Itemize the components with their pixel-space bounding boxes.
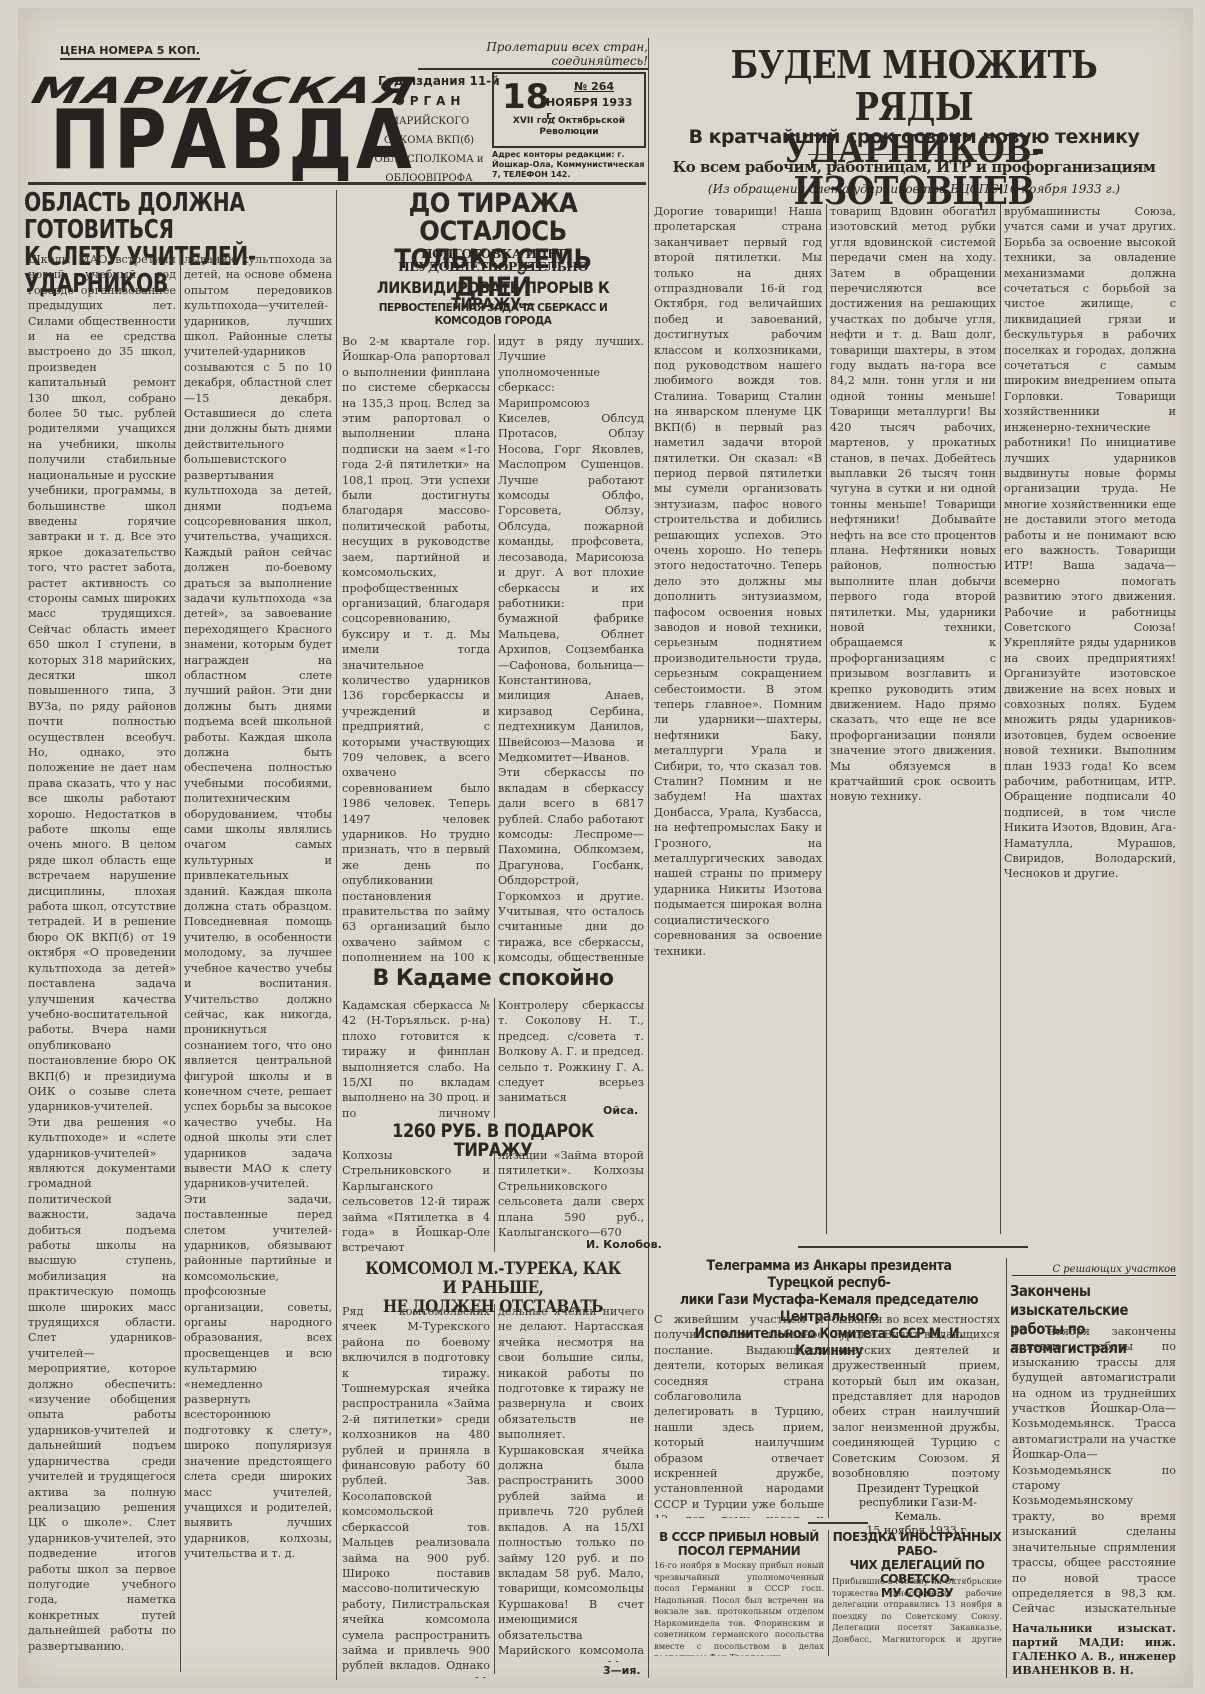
organ-label: ОРГАН — [380, 94, 480, 108]
highway-kicker: С решающих участков — [1012, 1264, 1176, 1276]
teachers-column-1: Школы МАО встретили новый учебный год го… — [28, 252, 176, 1677]
organ-line: ОБЛООВПРОФА — [374, 169, 484, 188]
lead-subhead: В кратчайший срок освоим новую технику — [654, 128, 1174, 147]
revolution-year: XVII год Октябрьской Революции — [498, 116, 640, 138]
komsomol-signature: 3—ия. — [603, 1664, 641, 1677]
gift-column-1: Колхозы Стрельниковского и Карлыганского… — [342, 1148, 490, 1252]
highway-signature: Начальники изыскат. партий МАДИ: инж. ГА… — [1012, 1622, 1176, 1678]
telegram-column-2: бывания во всех местностях Турции. Визит… — [832, 1312, 1000, 1480]
ambassador-headline: В СССР ПРИБЫЛ НОВЫЙ ПОСОЛ ГЕРМАНИИ — [654, 1530, 824, 1558]
gift-signature: И. Колобов. — [586, 1238, 662, 1251]
organ-line: ОБКОМА ВКП(б) — [374, 131, 484, 150]
lead-source: (Из обращения слета ударников при ВЦСПС … — [654, 182, 1174, 196]
issue-number: № 264 — [574, 80, 614, 93]
slogan: Пролетарии всех стран, соединяйтесь! — [418, 40, 648, 70]
lottery-column-2: идут в ряду лучших. Лучшие уполномоченны… — [498, 334, 644, 966]
lead-column-1: Дорогие товарищи! Наша пролетарская стра… — [654, 204, 822, 1239]
date-day: 18 — [502, 80, 549, 114]
publication-year: Год издания 11-й — [378, 74, 500, 88]
masthead-title-line2: ПРАВДА — [50, 100, 332, 182]
komsomol-column-2: дельные ячейки ничего не делают. Нартасс… — [498, 1304, 644, 1662]
telegram-column-1: С живейшим участием я получил ваше любез… — [654, 1312, 824, 1518]
lottery-column-1: Во 2-м квартале гор. Йошкар-Ола рапортов… — [342, 334, 490, 966]
lottery-section-head-2: ПЕРВОСТЕПЕННАЯ ЗАДАЧА СБЕРКАСС И КОМСОДО… — [348, 302, 638, 328]
kadam-column-2: Контролеру сберкассы т. Соколову Н. Т., … — [498, 998, 644, 1102]
delegations-body: Прибывшие в Москву на Октябрьские торжес… — [832, 1576, 1002, 1646]
lead-column-2: товарищ Вдовин обогатил изотовский метод… — [830, 204, 996, 1239]
kadam-signature: Ойса. — [603, 1104, 638, 1117]
organ-line: МАРИЙСКОГО — [374, 112, 484, 131]
highway-body: 10 ноября закончены полевые работы по из… — [1012, 1324, 1176, 1616]
kadam-column-1: Кадамская сберкасса № 42 (Н-Торъяльск. р… — [342, 998, 490, 1118]
komsomol-column-1: Ряд комсомольских ячеек М-Турекского рай… — [342, 1304, 490, 1678]
price-label: ЦЕНА НОМЕРА 5 КОП. — [60, 44, 200, 60]
lead-address-line: Ко всем рабочим, работницам, ИТР и профо… — [654, 160, 1174, 175]
organ-line: ОБЛИСПОЛКОМА и — [374, 150, 484, 169]
gift-column-2: лизации «Займа второй пятилетки». Колхоз… — [498, 1148, 644, 1236]
teachers-column-2: лыванию культпохода за детей, на основе … — [184, 252, 332, 1677]
kadam-headline: В Кадаме спокойно — [340, 968, 646, 990]
newspaper-page: ЦЕНА НОМЕРА 5 КОП. Пролетарии всех стран… — [18, 8, 1193, 1688]
date-box: 18 № 264 НОЯБРЯ 1933 г. XVII год Октябрь… — [492, 72, 646, 148]
editorial-address: Адрес конторы редакции: г. Йошкар-Ола, К… — [492, 150, 648, 180]
lead-column-3: врубмашинисты Союза, учатся сами и учат … — [1004, 204, 1176, 1239]
ambassador-body: 16-го ноября в Москву прибыл новый чрезв… — [654, 1560, 824, 1656]
